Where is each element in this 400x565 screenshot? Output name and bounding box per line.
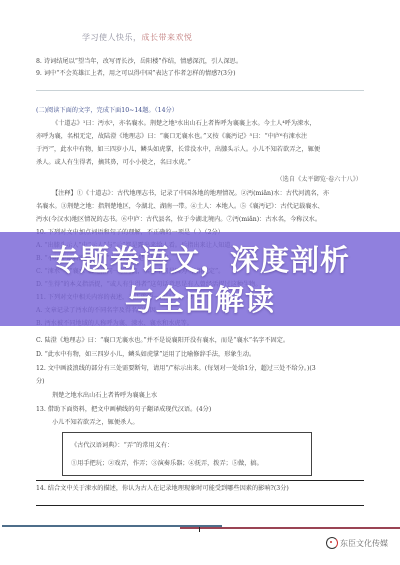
question-13-stem: 13. 借助下面资料，把文中画横线的句子翻译成现代汉语。(4分) <box>36 406 211 414</box>
passage-line-3: 于沔⁷”，此水中有物，如三四岁小儿，鳞头如虎掌，长常没水中，出膝头示人。小儿不知… <box>36 146 320 154</box>
banner-title-line-2: 与全面解读 <box>0 280 400 320</box>
passage-line-2: 亦呼为襄，名相无定，故陆澄《地理志》曰：“襄口无襄水也。”又按《襄沔记》⁵曰：“… <box>36 133 307 141</box>
banner-title-line-1: 专题卷语文，深度剖析 <box>0 240 400 280</box>
passage-line-4: 杀人。或人有生得者，摘其鼻，可小小使之，名曰水虎。” <box>36 159 191 167</box>
passage-line-1: 《十道志》¹曰：沔水²，亦名襄水。荆楚之地³水出山石上者皆呼为襄襄上水。今土人⁴… <box>52 120 316 128</box>
question-12-stem-cont: 分) <box>36 378 45 386</box>
exam-page: 学习使人快乐，成长带来欢悦 8. 诗词结尾以“望当年，改写胥长沙，岳阳楼”作结，… <box>0 0 400 565</box>
dictionary-title: 《古代汉语词典》：“弄”的常用义有： <box>71 440 173 449</box>
notes-line-1: 【注释】①《十道志》：古代地理志书，记录了中国各地的地理情况。②沔(miǎn)水… <box>52 190 329 198</box>
brand-logo: 东臣文化传媒 <box>326 537 388 549</box>
question-12-stem: 12. 文中画波浪线的部分有三处需要断句，请用“/”标示出来。(每划对一处给1分… <box>36 365 316 373</box>
brand-name: 东臣文化传媒 <box>340 538 388 549</box>
dictionary-box: 《古代汉语词典》：“弄”的常用义有： ①用手把玩；②戏弄，作弄；③演奏乐器；④抚… <box>62 432 312 476</box>
dictionary-meanings: ①用手把玩；②戏弄，作弄；③演奏乐器；④抚弄，拨弄；⑤做，搞。 <box>71 458 263 467</box>
question-9-line: 9. 词中“不会英雄江上者，用之可以得中国”表达了作者怎样的情感?(3分) <box>36 70 236 78</box>
question-14-stem: 14. 结合文中关于涑水的描述，你认为古人在记录地理现象时可能受到哪些因素的影响… <box>36 485 289 493</box>
slogan-part2: 成长带来欢悦 <box>142 33 193 42</box>
passage-source: （选自《太平御览·卷六十八》） <box>277 174 363 183</box>
question-12-sentence: 荆楚之地水出山石上者皆呼为襄襄上水 <box>52 392 157 400</box>
notes-line-2: 名襄水。③荆楚之地：指荆楚地区，今湖北、湖南一带。④土人：本地人。⑤《襄沔记》：… <box>36 203 324 211</box>
brand-logo-icon <box>326 537 338 549</box>
question-13-sentence: 小儿不知若欲弄之，辄便杀人。 <box>52 419 139 427</box>
footer-bar-red <box>180 527 400 529</box>
divider <box>36 90 364 91</box>
notes-line-3: 沔水(今汉水)地区情况的志书。⑥中庐：古代县名，位于今湖北境内。⑦沔(miǎn)… <box>36 216 321 224</box>
banner-title: 专题卷语文，深度剖析 与全面解读 <box>0 240 400 320</box>
question-11-option-d: D. “此水中有物，如三四岁小儿，鳞头如虎掌”运用了比喻修辞手法，形象生动。 <box>36 351 255 359</box>
page-header-slogan: 学习使人快乐，成长带来欢悦 <box>82 32 193 43</box>
slogan-part1: 学习使人快乐， <box>82 33 142 42</box>
text-cursor <box>199 527 200 532</box>
answer-line <box>36 480 364 481</box>
question-8-line: 8. 诗词结尾以“望当年，改写胥长沙，岳阳楼”作结，情感深沉，引人深思。 <box>36 58 242 66</box>
question-11-option-c: C. 陆澄《地理志》曰：“襄口无襄水也。”并不是说襄阳开没有襄水，而是“襄水”名… <box>36 337 289 345</box>
answer-line <box>36 505 364 506</box>
section-2-title: (二)阅读下面的文字，完成下面10~14题。（14分） <box>36 107 178 115</box>
